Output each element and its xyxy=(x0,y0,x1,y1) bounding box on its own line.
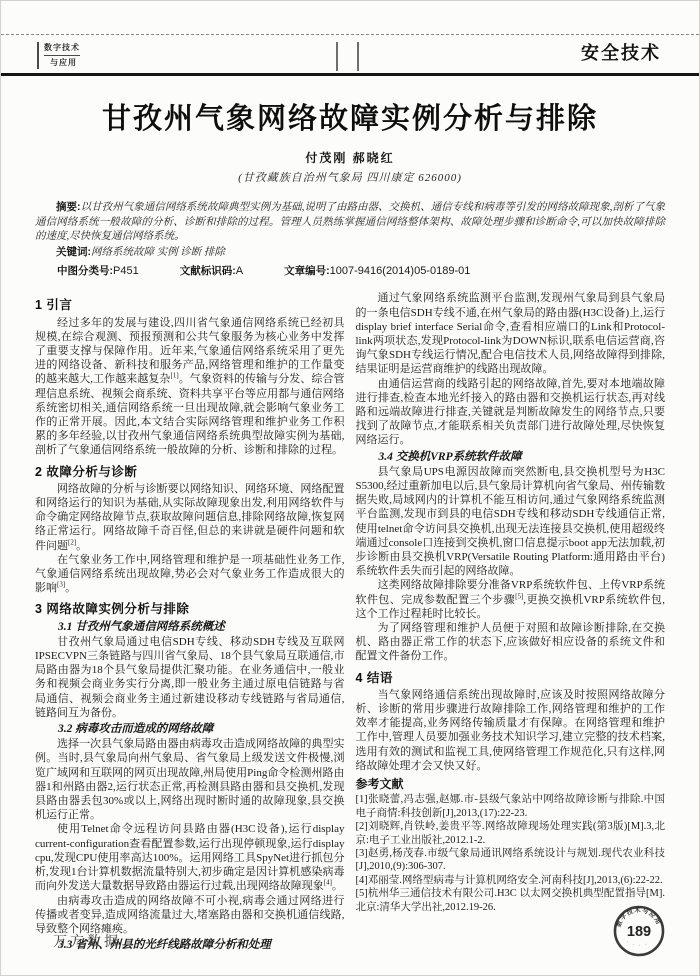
paragraph: 经过多年的发展与建设,四川省气象通信网络系统已经初具规模,在综合观测、预报预测和… xyxy=(35,316,345,458)
keywords-label: 关键词: xyxy=(56,246,91,258)
paragraph: 县气象局UPS电源因故障而突然断电,县交换机型号为H3C S5300,经过重新加… xyxy=(356,465,666,579)
document-code: 文献标识码:A xyxy=(180,265,243,277)
scanned-article-page: 数字技术 与应用 安全技术 甘孜州气象网络故障实例分析与排除 付茂刚 郝晓红 (… xyxy=(0,0,700,976)
paragraph: 网络故障的分析与诊断要以网络知识、网络环境、网络配置和网络运行的知识为基础,从实… xyxy=(35,482,345,553)
authors: 付茂刚 郝晓红 xyxy=(1,149,699,166)
reference-item: [4]邓丽莹.网络型病毒与计算机网络安全.河南科技[J],2013,(6):22… xyxy=(356,874,666,887)
subsection-heading: 3.4 交换机VRP系统软件故障 xyxy=(356,450,666,464)
paragraph: 甘孜州气象局通过电信SDH专线、移动SDH专线及互联网IPSECVPN三条链路与… xyxy=(35,635,345,720)
abstract-label: 摘要: xyxy=(56,201,81,213)
reference-item: [1]张晓蕾,冯志强,赵娜.市-县级气象站中网络故障诊断与排除.中国电子商情:科… xyxy=(356,793,666,820)
paragraph: 在气象业务工作中,网络管理和维护是一项基础性业务工作,气象通信网络系统出现故障,… xyxy=(35,553,345,596)
reference-item: [2]刘晓辉,肖铁岭,姜贵平等.网络故障现场处理实践(第3版)[M].3,北京:… xyxy=(356,820,666,847)
journal-logo-line1: 数字技术 xyxy=(44,42,80,56)
references-heading: 参考文献 xyxy=(356,777,666,791)
article-title: 甘孜州气象网络故障实例分析与排除 xyxy=(41,96,659,137)
wanfang-watermark: 万方数据 xyxy=(53,931,121,951)
svg-text:· · · ·: · · · · xyxy=(625,939,650,949)
abstract: 摘要:以甘孜州气象通信网络系统故障典型实例为基础,说明了由路由器、交换机、通信专… xyxy=(35,200,665,245)
paragraph: 这类网络故障排除要分准备VRP系统软件包、上传VRP系统软件包、完成参数配置三个… xyxy=(356,578,666,621)
paragraph: 选择一次县气象局路由器由病毒攻击造成网络故障的典型实例。当时,县气象局向州气象局… xyxy=(35,737,345,822)
page-number-stamp: 数字技术与应用 · · · · 189 xyxy=(611,903,667,959)
journal-logo-line2: 与应用 xyxy=(44,56,80,69)
paragraph: 由病毒攻击造成的网络故障不可小视,病毒会通过网络进行传播或者变异,造成网络流量过… xyxy=(35,894,345,937)
paragraph: 由通信运营商的线路引起的网络故障,首先,要对本地端故障进行排查,检查本地光纤接入… xyxy=(356,377,666,448)
section-heading: 4 结语 xyxy=(356,671,666,685)
keywords: 关键词:网络系统故障 实例 诊断 排除 xyxy=(35,245,665,261)
keywords-text: 网络系统故障 实例 诊断 排除 xyxy=(91,247,225,258)
section-heading: 1 引言 xyxy=(35,298,345,312)
section-heading: 3 网络故障实例分析与排除 xyxy=(35,602,345,616)
article-id: 文章编号:1007-9416(2014)05-0189-01 xyxy=(284,265,470,277)
section-label: 安全技术 xyxy=(581,39,661,65)
registration-mark xyxy=(336,42,338,71)
section-heading: 2 故障分析与诊断 xyxy=(35,465,345,479)
paragraph: 为了网络管理和维护人员便于对照和故障诊断排除,在交换机、路由器正常工作的状态下,… xyxy=(356,621,666,664)
journal-logo: 数字技术 与应用 xyxy=(37,42,80,69)
reference-item: [3]赵勇,杨茂春.市级气象局通讯网络系统设计与规划.现代农业科技[J],201… xyxy=(356,847,666,874)
left-column: 1 引言经过多年的发展与建设,四川省气象通信网络系统已经初具规模,在综合观测、预… xyxy=(35,291,345,953)
header-hairline xyxy=(1,34,699,35)
clc-number: 中图分类号:P451 xyxy=(57,265,139,277)
registration-mark xyxy=(357,42,359,71)
abstract-text: 以甘孜州气象通信网络系统故障典型实例为基础,说明了由路由器、交换机、通信专线和病… xyxy=(35,202,665,242)
right-column: 通过气象网络系统监测平台监测,发现州气象局到县气象局的一条电信SDH专线不通,在… xyxy=(356,291,666,953)
paragraph: 通过气象网络系统监测平台监测,发现州气象局到县气象局的一条电信SDH专线不通,在… xyxy=(356,291,666,376)
affiliation: (甘孜藏族自治州气象局 四川康定 626000) xyxy=(1,169,699,185)
paragraph: 当气象网络通信系统出现故障时,应该及时按照网络故障分析、诊断的常用步骤进行故障排… xyxy=(356,688,666,773)
subsection-heading: 3.1 甘孜州气象通信网络系统概述 xyxy=(35,620,345,634)
classification-line: 中图分类号:P451 文献标识码:A 文章编号:1007-9416(2014)0… xyxy=(35,263,665,278)
subsection-heading: 3.2 病毒攻击而造成的网络故障 xyxy=(35,722,345,736)
paragraph: 使用Telnet命令远程访问县路由器(H3C设备),运行display curr… xyxy=(35,822,345,893)
header-rule xyxy=(1,73,699,76)
stamp-page-number: 189 xyxy=(627,924,651,940)
page-header: 数字技术 与应用 安全技术 xyxy=(1,1,699,79)
article-body: 1 引言经过多年的发展与建设,四川省气象通信网络系统已经初具规模,在综合观测、预… xyxy=(35,291,665,953)
